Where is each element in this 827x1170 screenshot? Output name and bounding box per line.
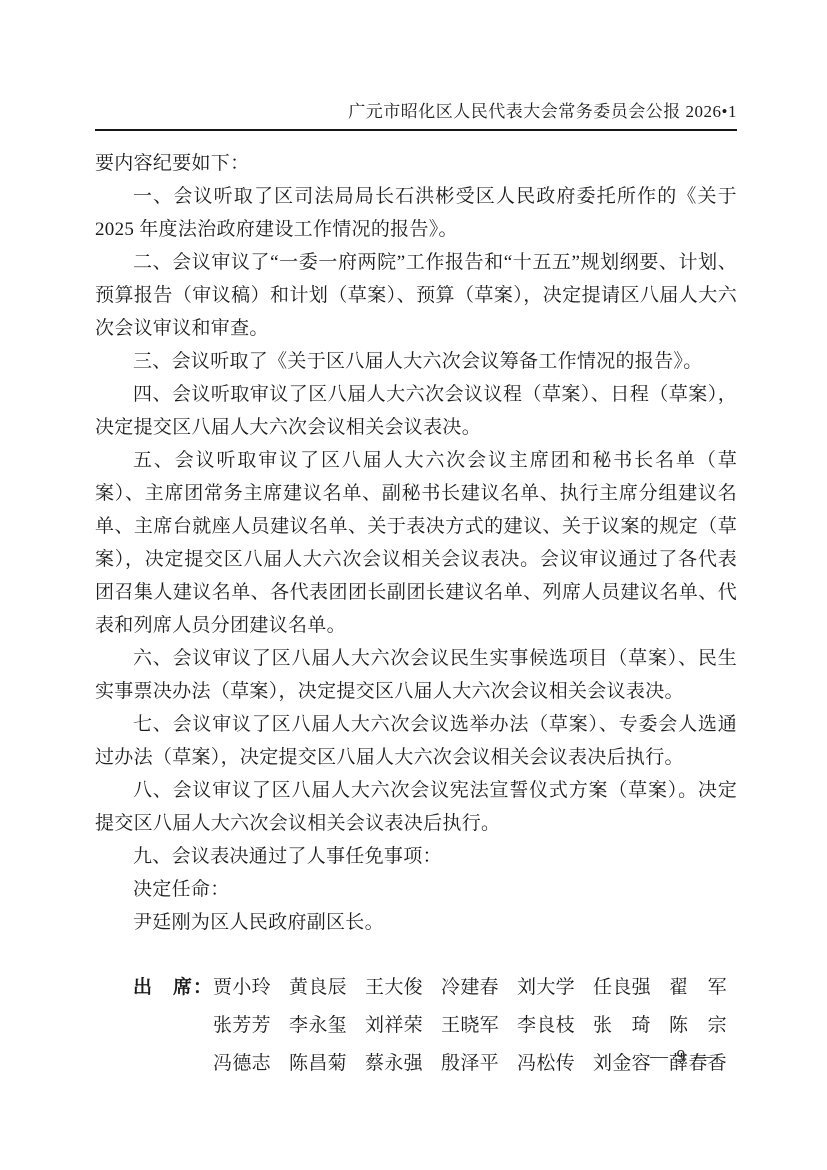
paragraph-4: 四、会议听取审议了区八届人大六次会议议程（草案）、日程（草案），决定提交区八届人…	[95, 378, 737, 444]
document-page: 广元市昭化区人民代表大会常务委员会公报 2026•1 要内容纪要如下： 一、会议…	[0, 0, 827, 1170]
attendance-label: 出 席：	[133, 969, 213, 1007]
attendee-name: 蔡永强	[365, 1045, 441, 1083]
attendee-name: 任良强	[593, 969, 669, 1007]
attendee-name: 殷泽平	[441, 1045, 517, 1083]
attendee-name: 翟 军	[669, 969, 745, 1007]
paragraph-11: 尹廷刚为区人民政府副区长。	[95, 906, 737, 939]
attendee-name: 刘大学	[517, 969, 593, 1007]
document-body: 要内容纪要如下： 一、会议听取了区司法局局长石洪彬受区人民政府委托所作的《关于 …	[95, 147, 737, 1083]
paragraph-8: 八、会议审议了区八届人大六次会议宪法宣誓仪式方案（草案）。决定提交区八届人大六次…	[95, 774, 737, 840]
attendee-name: 王大俊	[365, 969, 441, 1007]
paragraph-7: 七、会议审议了区八届人大六次会议选举办法（草案）、专委会人选通过办法（草案），决…	[95, 708, 737, 774]
paragraph-10: 决定任命：	[95, 873, 737, 906]
attendee-name: 张 琦	[593, 1007, 669, 1045]
attendee-name: 李永玺	[289, 1007, 365, 1045]
attendee-name: 陈昌菊	[289, 1045, 365, 1083]
paragraph-3: 三、会议听取了《关于区八届人大六次会议筹备工作情况的报告》。	[95, 345, 737, 378]
paragraph-6: 六、会议审议了区八届人大六次会议民生实事候选项目（草案）、民生实事票决办法（草案…	[95, 642, 737, 708]
paragraph-5: 五、会议听取审议了区八届人大六次会议主席团和秘书长名单（草案）、主席团常务主席建…	[95, 444, 737, 642]
attendee-name: 李良枝	[517, 1007, 593, 1045]
attendee-name: 刘祥荣	[365, 1007, 441, 1045]
paragraph-1: 一、会议听取了区司法局局长石洪彬受区人民政府委托所作的《关于 2025 年度法治…	[95, 180, 737, 246]
attendee-name: 冯松传	[517, 1045, 593, 1083]
paragraph-9: 九、会议表决通过了人事任免事项：	[95, 840, 737, 873]
attendee-name: 陈 宗	[669, 1007, 745, 1045]
intro-line: 要内容纪要如下：	[95, 147, 737, 180]
attendee-name: 王晓军	[441, 1007, 517, 1045]
attendee-name: 黄良辰	[289, 969, 365, 1007]
page-number: — 9 —	[650, 1044, 714, 1068]
attendee-name: 张芳芳	[213, 1007, 289, 1045]
attendance-section: 出 席： 贾小玲 黄良辰 王大俊 冷建春 刘大学 任良强 翟 军 张芳芳 李永玺…	[95, 969, 737, 1083]
attendee-name: 贾小玲	[213, 969, 289, 1007]
header-divider	[95, 129, 737, 131]
paragraph-2: 二、会议审议了“一委一府两院”工作报告和“十五五”规划纲要、计划、预算报告（审议…	[95, 246, 737, 345]
running-head-title: 广元市昭化区人民代表大会常务委员会公报 2026•1	[95, 101, 737, 123]
attendee-name: 冷建春	[441, 969, 517, 1007]
attendee-name: 冯德志	[213, 1045, 289, 1083]
